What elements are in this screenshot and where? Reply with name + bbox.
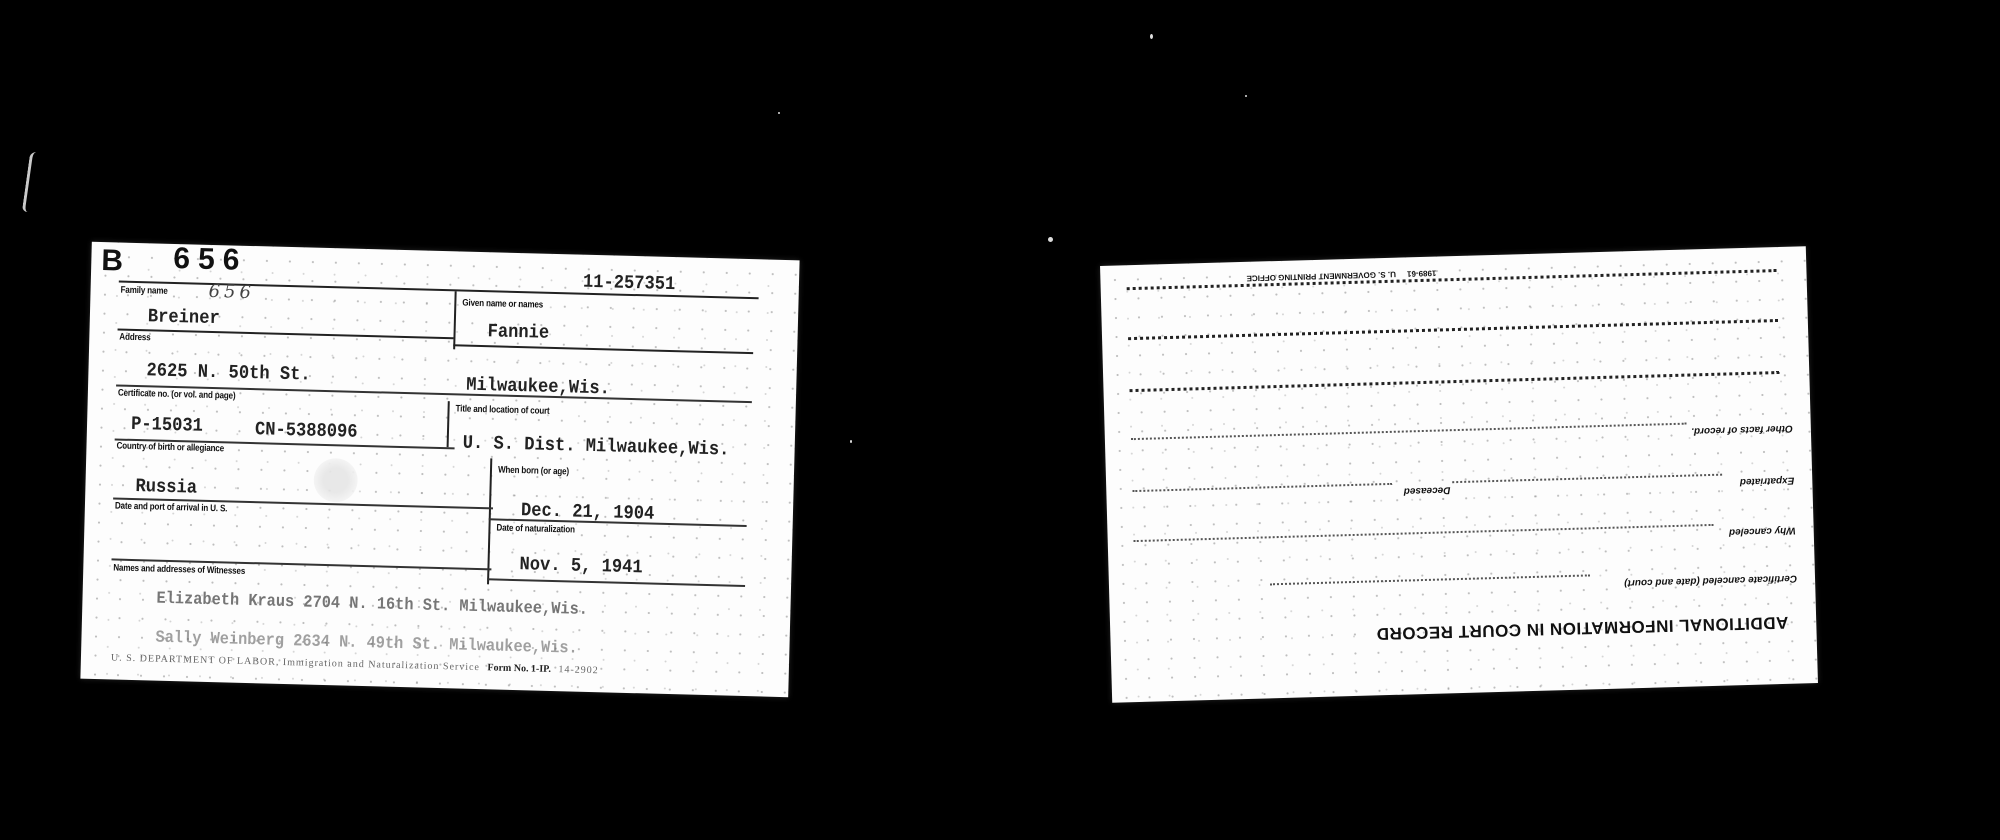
blank-line bbox=[1128, 319, 1778, 340]
naturalization-label: Date of naturalization bbox=[496, 523, 575, 536]
certificate-label: Certificate no. (or vol. and page) bbox=[118, 388, 236, 402]
given-name-value: Fannie bbox=[487, 320, 549, 344]
naturalization-date: Nov. 5, 1941 bbox=[519, 553, 643, 578]
court-label: Title and location of court bbox=[455, 403, 549, 416]
divider bbox=[453, 291, 457, 349]
index-number: 11-257351 bbox=[583, 271, 676, 295]
footer-agency: U. S. DEPARTMENT OF LABOR, Immigration a… bbox=[111, 652, 480, 673]
certificate-number: CN-5388096 bbox=[255, 418, 358, 443]
dust-speck bbox=[1048, 237, 1053, 242]
witness-2: Sally Weinberg 2634 N. 49th St. Milwauke… bbox=[155, 629, 578, 659]
dust-speck bbox=[1150, 34, 1153, 39]
blank-line bbox=[1134, 524, 1714, 542]
blank-line bbox=[1129, 371, 1779, 392]
dust-speck bbox=[1245, 95, 1247, 97]
printer-code: 1989-61 bbox=[1407, 269, 1437, 279]
arrival-label: Date and port of arrival in U. S. bbox=[115, 501, 228, 515]
country-value: Russia bbox=[135, 475, 197, 499]
dust-speck bbox=[850, 440, 852, 443]
other-facts-label: Other facts of record. bbox=[1691, 423, 1793, 437]
deceased-label: Deceased bbox=[1404, 484, 1451, 496]
address-label: Address bbox=[119, 332, 150, 344]
petition-number: P-15031 bbox=[131, 413, 203, 437]
footer-code: 14-2902 bbox=[558, 664, 599, 676]
rule bbox=[487, 578, 745, 586]
country-label: Country of birth or allegiance bbox=[116, 441, 224, 455]
birth-label: When born (or age) bbox=[498, 465, 569, 478]
back-content-upside-down: ADDITIONAL INFORMATION IN COURT RECORD C… bbox=[1100, 246, 1818, 703]
series-letter: B bbox=[101, 244, 124, 279]
expatriated-label: Expatriated bbox=[1740, 475, 1795, 488]
index-card-back: ADDITIONAL INFORMATION IN COURT RECORD C… bbox=[1100, 246, 1818, 703]
given-name-label: Given name or names bbox=[462, 298, 543, 311]
blank-line bbox=[1452, 474, 1722, 484]
blank-line bbox=[1270, 574, 1590, 585]
back-title: ADDITIONAL INFORMATION IN COURT RECORD bbox=[1376, 612, 1789, 644]
blank-line bbox=[1132, 483, 1392, 492]
address-street: 2625 N. 50th St. bbox=[146, 359, 311, 385]
card-number: 656 bbox=[173, 242, 248, 278]
witnesses-label: Names and addresses of Witnesses bbox=[113, 562, 245, 576]
blank-line bbox=[1127, 269, 1777, 290]
certificate-canceled-label: Certificate canceled (date and court) bbox=[1624, 573, 1797, 589]
divider bbox=[487, 458, 492, 584]
faded-stamp bbox=[313, 458, 358, 503]
family-name-value: Breiner bbox=[148, 305, 220, 329]
court-value: U. S. Dist. Milwaukee,Wis. bbox=[462, 432, 729, 461]
why-canceled-label: Why canceled bbox=[1729, 525, 1796, 538]
rule bbox=[453, 344, 753, 354]
film-edge-mark bbox=[22, 152, 43, 212]
index-card-front: B 656 11-257351 Family name 656 Given na… bbox=[80, 242, 799, 697]
blank-line bbox=[1131, 423, 1687, 441]
rule bbox=[118, 329, 454, 340]
handwritten-number: 656 bbox=[208, 281, 255, 303]
witness-1: Elizabeth Kraus 2704 N. 16th St. Milwauk… bbox=[156, 590, 588, 620]
dust-speck bbox=[778, 112, 780, 114]
divider bbox=[447, 401, 450, 447]
family-name-label: Family name bbox=[120, 285, 167, 297]
footer-form-number: Form No. 1-IP. bbox=[487, 662, 551, 675]
